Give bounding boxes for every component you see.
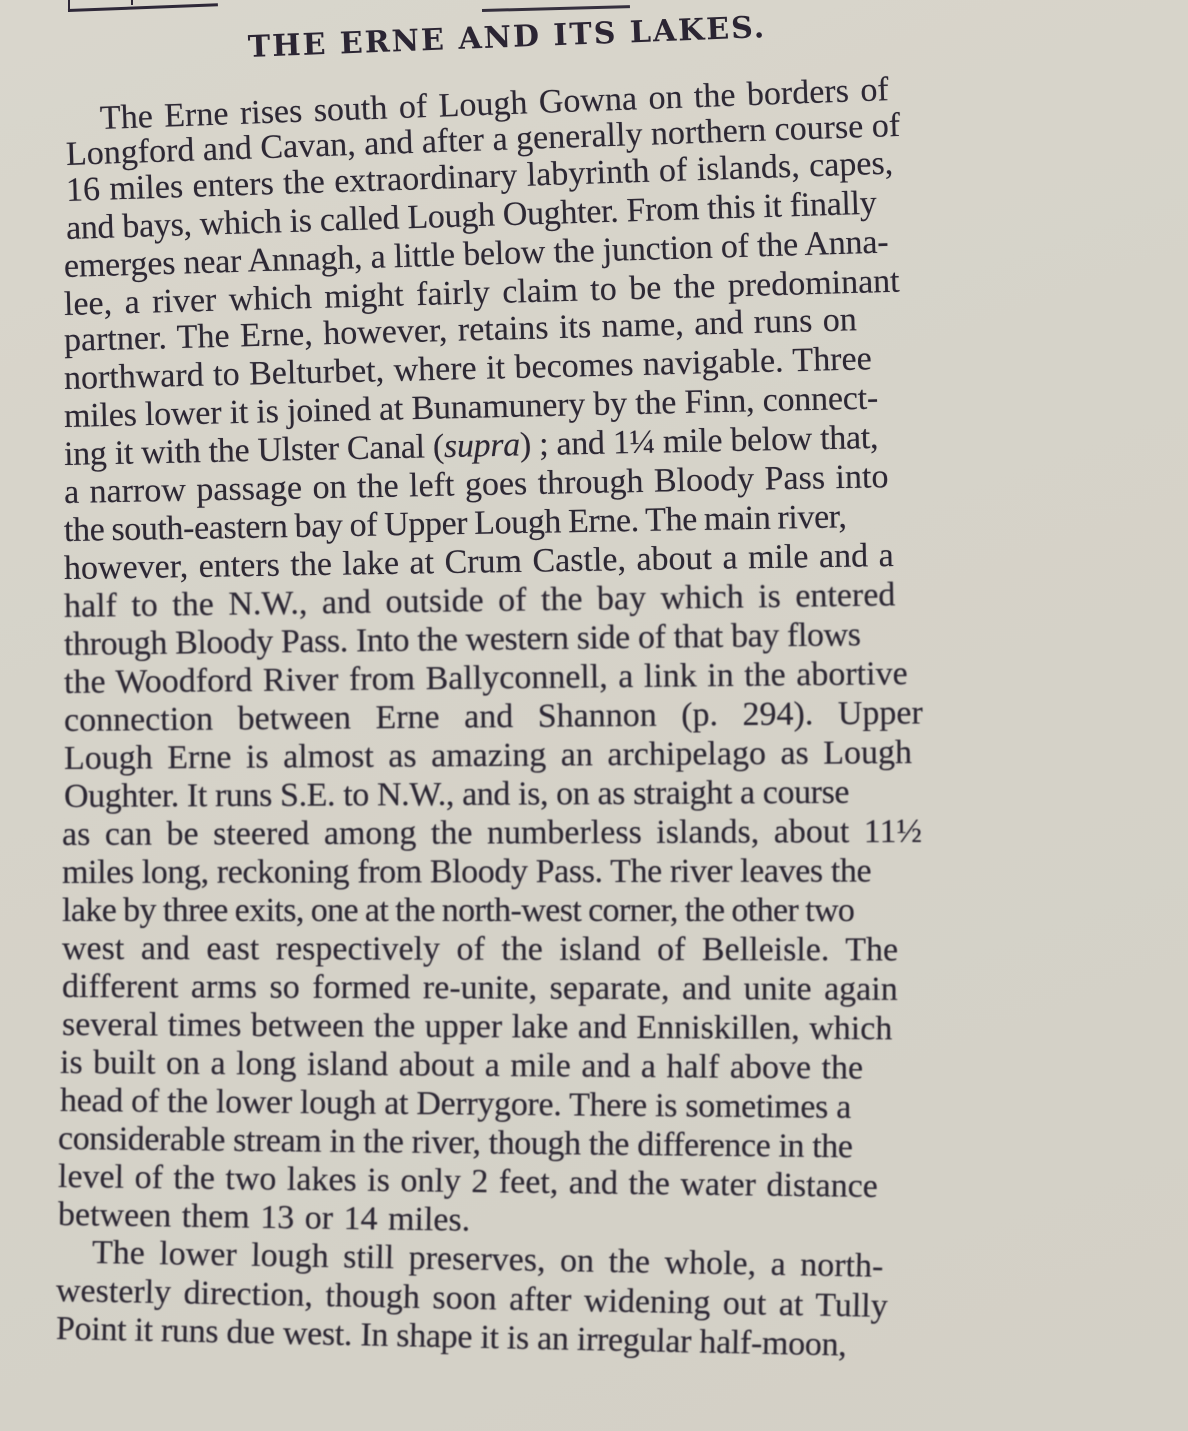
text-line: west and east respectively of the island… — [62, 930, 898, 969]
top-rule-left-tick-2 — [131, 0, 133, 5]
text-line: head of the lower lough at Derrygore. Th… — [60, 1082, 851, 1127]
text-line: several times between the upper lake and… — [62, 1006, 893, 1048]
text-line: Oughter. It runs S.E. to N.W., and is, o… — [64, 774, 849, 816]
text-line: lake by three exits, one at the north-we… — [62, 892, 854, 930]
text-line: miles long, reckoning from Bloody Pass. … — [62, 853, 871, 892]
italic-text: supra — [444, 426, 521, 465]
text-span: ing it with the Ulster Canal ( — [64, 428, 445, 473]
text-line: as can be steered among the numberless i… — [62, 813, 922, 854]
text-line: Lough Erne is almost as amazing an archi… — [64, 734, 912, 778]
book-page: THE ERNE AND ITS LAKES. The Erne rises s… — [0, 0, 1188, 1431]
text-line: connection between Erne and Shannon (p. … — [64, 695, 923, 740]
top-rule-left — [68, 3, 218, 12]
text-line: between them 13 or 14 miles. — [58, 1196, 471, 1240]
text-span: ) ; and 1¼ mile below that, — [520, 419, 879, 463]
text-line: is built on a long island about a mile a… — [60, 1044, 863, 1088]
text-line: different arms so formed re-unite, separ… — [62, 968, 898, 1009]
section-title: THE ERNE AND ITS LAKES. — [247, 5, 888, 65]
top-rule-center — [482, 5, 630, 12]
